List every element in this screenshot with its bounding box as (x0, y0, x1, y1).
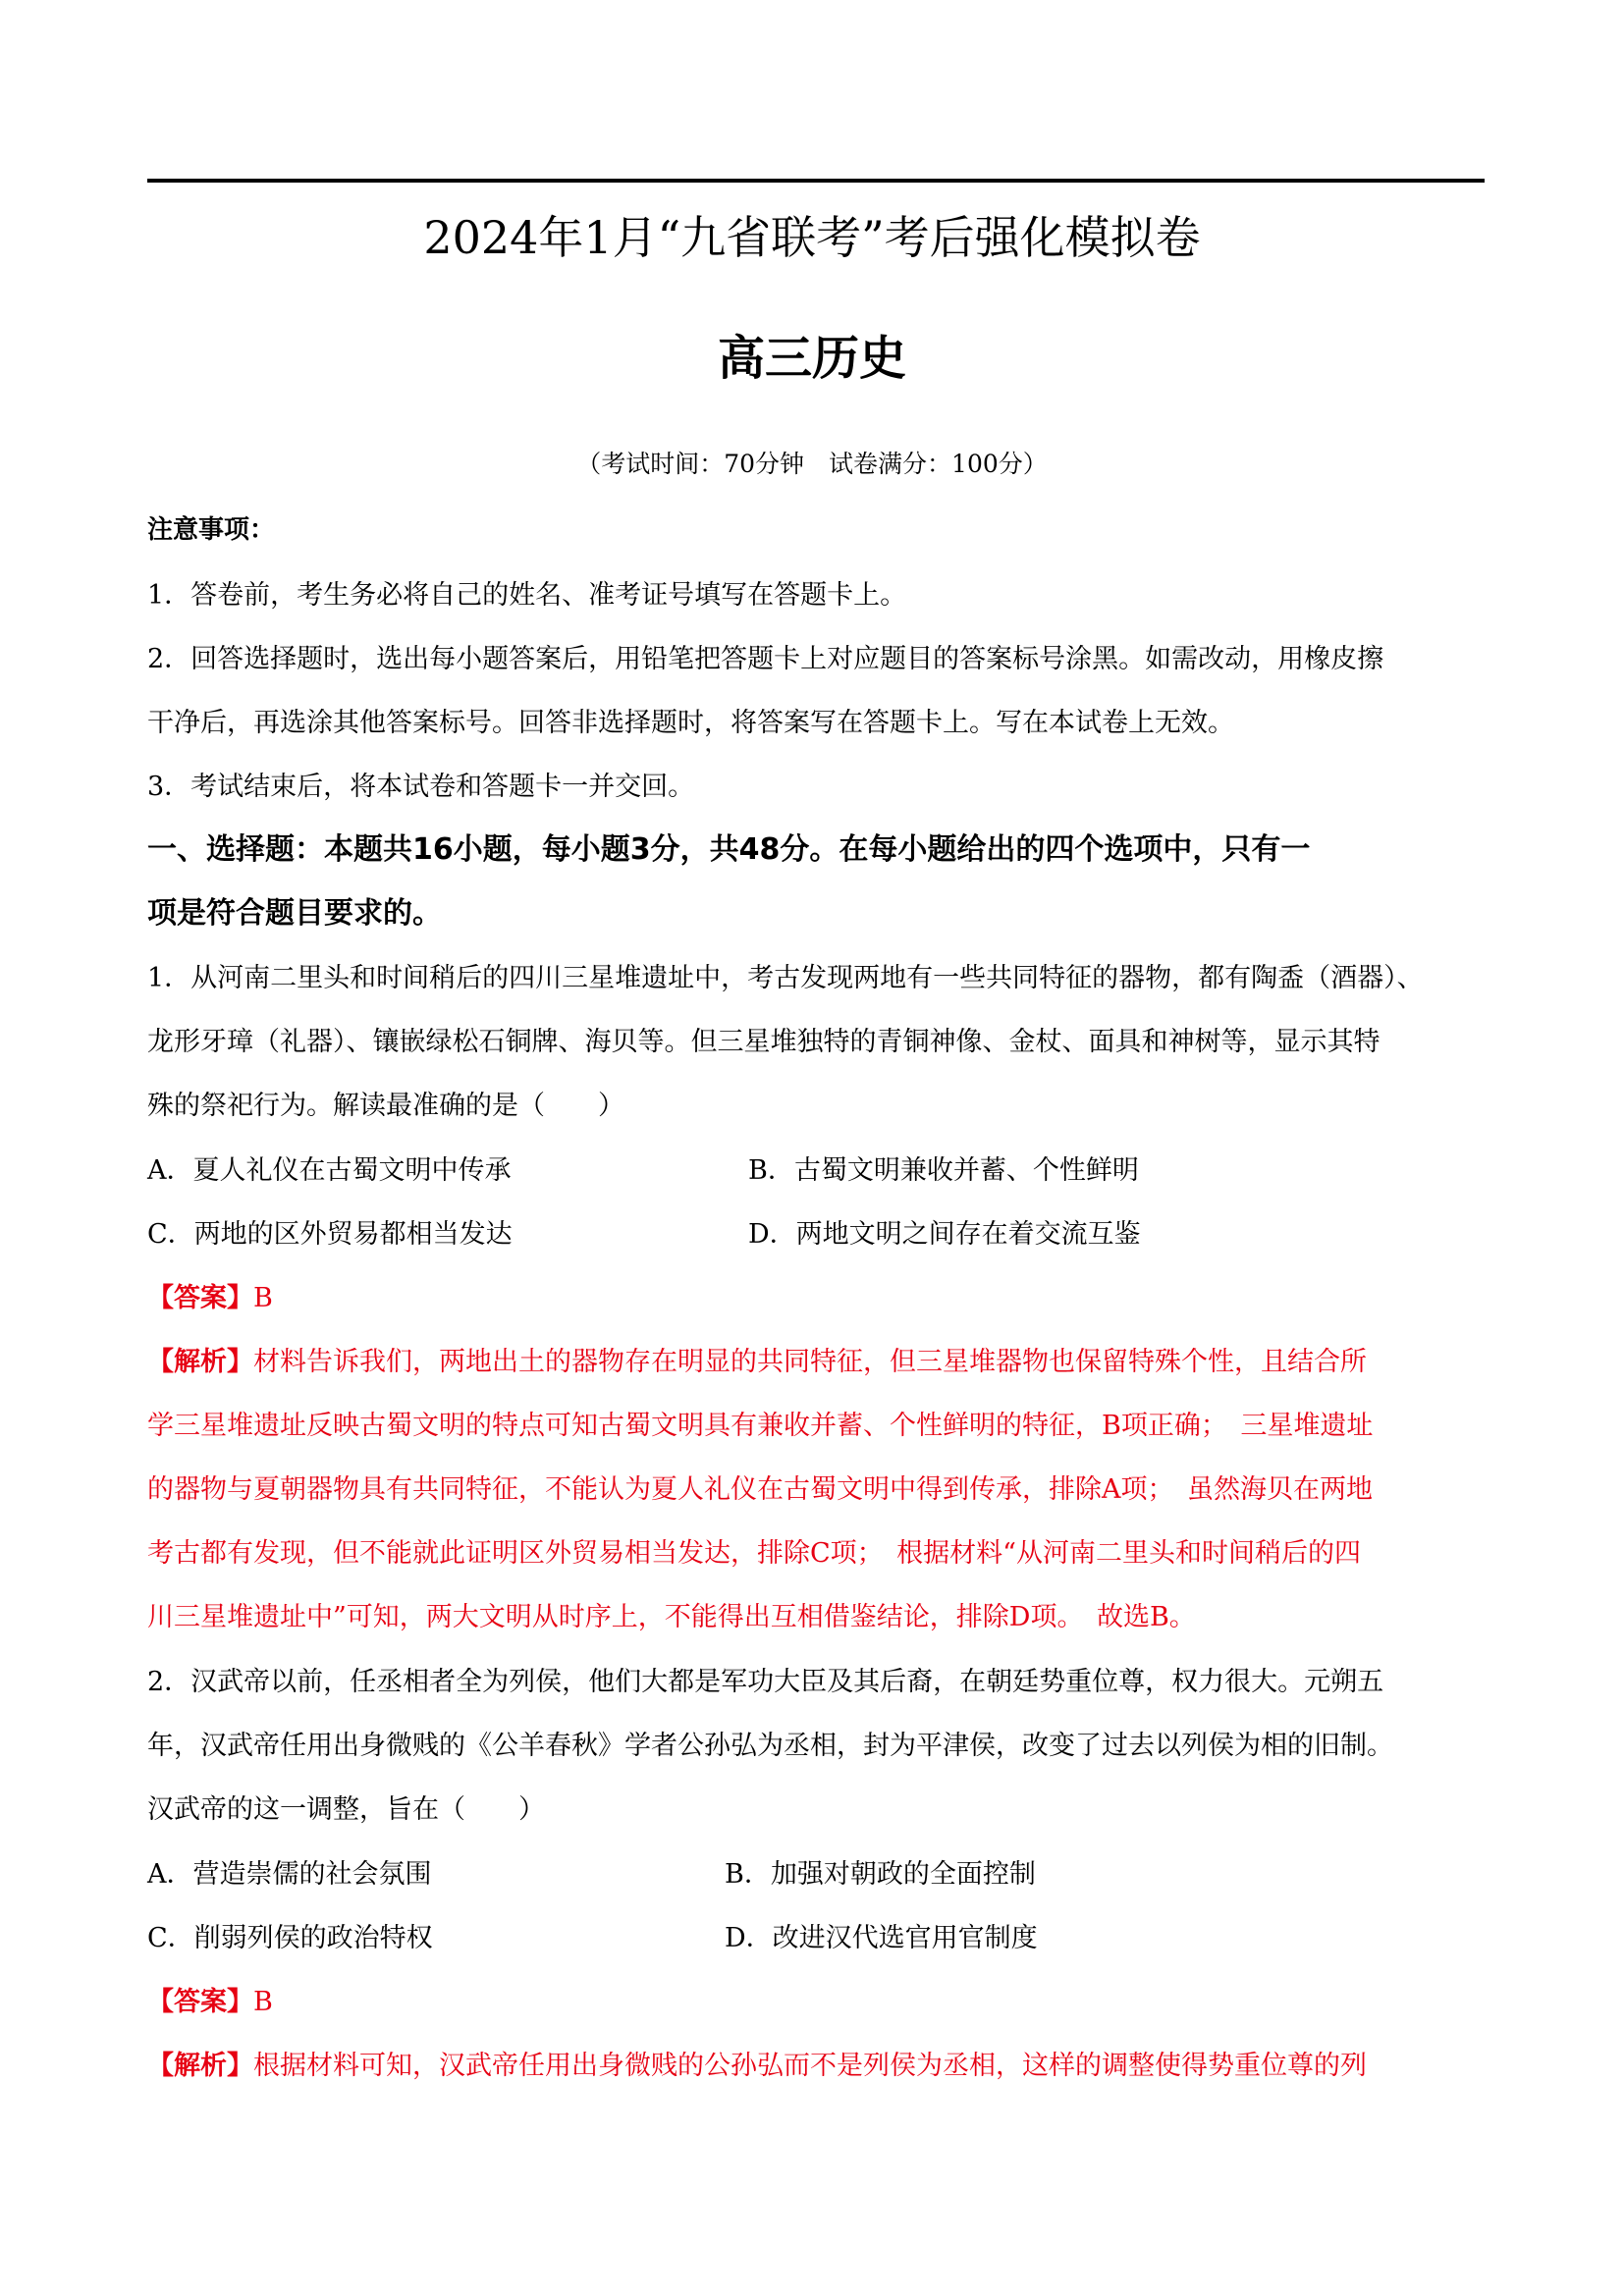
notice-heading: 注意事项： (147, 513, 1488, 547)
answer-value: B (253, 1987, 273, 2017)
analysis-line: 【解析】根据材料可知，汉武帝任用出身微贱的公孙弘而不是列侯为丞相，这样的调整使得… (147, 2050, 1488, 2083)
notice-item: 3．考试结束后，将本试卷和答题卡一并交回。 (147, 771, 1488, 804)
analysis-text: 川三星堆遗址中”可知，两大文明从时序上，不能得出互相借鉴结论，排除D项。 故选B… (147, 1601, 1488, 1634)
answer-line: 【答案】B (147, 1282, 1488, 1315)
option-d: D．改进汉代选官用官制度 (725, 1922, 1038, 1955)
option-b: B．加强对朝政的全面控制 (725, 1858, 1036, 1892)
option-c: C．削弱列侯的政治特权 (147, 1922, 433, 1955)
paper-title: 2024年1月“九省联考”考后强化模拟卷 (0, 208, 1624, 267)
answer-tag: 【答案】 (147, 1283, 253, 1313)
section-heading: 一、选择题：本题共16小题，每小题3分，共48分。在每小题给出的四个选项中，只有… (147, 833, 1488, 867)
analysis-tag: 【解析】 (147, 2051, 253, 2081)
analysis-text: 的器物与夏朝器物具有共同特征，不能认为夏人礼仪在古蜀文明中得到传承，排除A项； … (147, 1473, 1488, 1507)
option-a: A．营造崇儒的社会氛围 (147, 1858, 432, 1892)
question-stem: 殊的祭祀行为。解读最准确的是（ ） (147, 1090, 1488, 1123)
option-d: D．两地文明之间存在着交流互鉴 (748, 1218, 1141, 1252)
question-stem: 2．汉武帝以前，任丞相者全为列侯，他们大都是军功大臣及其后裔，在朝廷势重位尊，权… (147, 1666, 1488, 1699)
notice-item: 干净后，再选涂其他答案标号。回答非选择题时，将答案写在答题卡上。写在本试卷上无效… (147, 707, 1488, 740)
analysis-tag: 【解析】 (147, 1347, 253, 1377)
answer-value: B (253, 1283, 273, 1313)
notice-item: 1．答卷前，考生务必将自己的姓名、准考证号填写在答题卡上。 (147, 579, 1488, 613)
notice-item: 2．回答选择题时，选出每小题答案后，用铅笔把答题卡上对应题目的答案标号涂黑。如需… (147, 643, 1488, 676)
question-stem: 1．从河南二里头和时间稍后的四川三星堆遗址中，考古发现两地有一些共同特征的器物，… (147, 962, 1488, 995)
option-a: A．夏人礼仪在古蜀文明中传承 (147, 1154, 512, 1188)
analysis-text: 材料告诉我们，两地出土的器物存在明显的共同特征，但三星堆器物也保留特殊个性，且结… (253, 1347, 1367, 1377)
exam-info: （考试时间：70分钟 试卷满分：100分） (0, 448, 1624, 481)
question-stem: 汉武帝的这一调整，旨在（ ） (147, 1793, 1488, 1827)
top-rule (147, 179, 1485, 183)
paper-subtitle: 高三历史 (0, 329, 1624, 388)
analysis-text: 根据材料可知，汉武帝任用出身微贱的公孙弘而不是列侯为丞相，这样的调整使得势重位尊… (253, 2051, 1367, 2081)
answer-tag: 【答案】 (147, 1987, 253, 2017)
question-stem: 龙形牙璋（礼器）、镶嵌绿松石铜牌、海贝等。但三星堆独特的青铜神像、金杖、面具和神… (147, 1026, 1488, 1059)
analysis-text: 考古都有发现，但不能就此证明区外贸易相当发达，排除C项； 根据材料“从河南二里头… (147, 1537, 1488, 1571)
option-c: C．两地的区外贸易都相当发达 (147, 1218, 513, 1252)
option-b: B．古蜀文明兼收并蓄、个性鲜明 (748, 1154, 1139, 1188)
analysis-line: 【解析】材料告诉我们，两地出土的器物存在明显的共同特征，但三星堆器物也保留特殊个… (147, 1346, 1488, 1379)
question-stem: 年，汉武帝任用出身微贱的《公羊春秋》学者公孙弘为丞相，封为平津侯，改变了过去以列… (147, 1730, 1488, 1763)
section-heading: 项是符合题目要求的。 (147, 897, 1488, 931)
analysis-text: 学三星堆遗址反映古蜀文明的特点可知古蜀文明具有兼收并蓄、个性鲜明的特征，B项正确… (147, 1410, 1488, 1443)
answer-line: 【答案】B (147, 1986, 1488, 2019)
